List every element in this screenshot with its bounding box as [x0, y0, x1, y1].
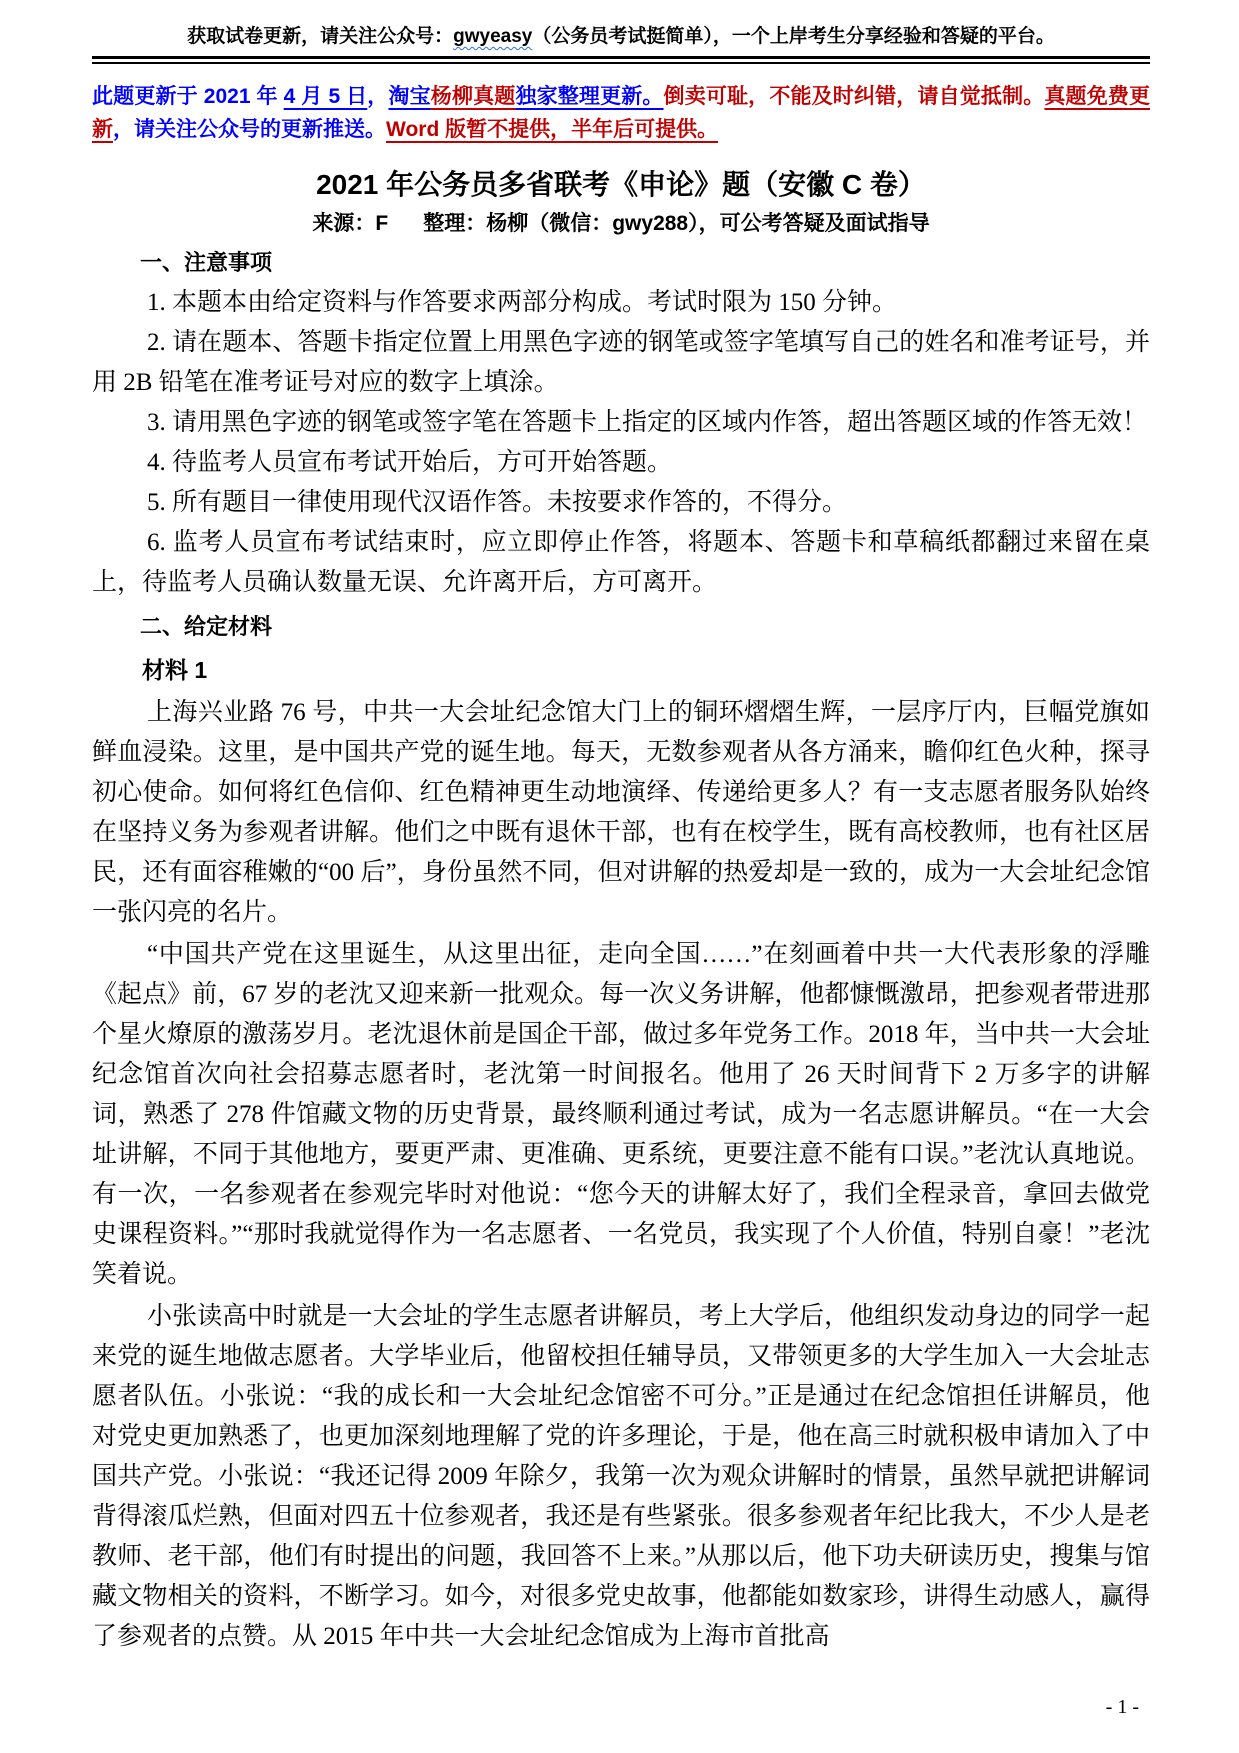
materials-heading: 二、给定材料 [140, 607, 1150, 647]
note-item: 3. 请用黑色字迹的钢笔或签字笔在答题卡上指定的区域内作答，超出答题区域的作答无… [92, 403, 1150, 443]
notice-segment: 4 月 5 日 [284, 85, 368, 108]
material-paragraph: 小张读高中时就是一大会址的学生志愿者讲解员，考上大学后，他组织发动身边的同学一起… [92, 1297, 1150, 1657]
material1-paragraphs: 上海兴业路 76 号，中共一大会址纪念馆大门上的铜环熠熠生辉，一层序厅内，巨幅党… [92, 693, 1150, 1657]
header-rule [92, 56, 1150, 64]
header-text: 获取试卷更新，请关注公众号： [187, 26, 453, 47]
note-item: 1. 本题本由给定资料与作答要求两部分构成。考试时限为 150 分钟。 [92, 283, 1150, 323]
material1-heading: 材料 1 [142, 649, 1150, 691]
page-number: - 1 - [1106, 1696, 1139, 1719]
notice-paragraph: 此题更新于 2021 年 4 月 5 日，淘宝杨柳真题独家整理更新。倒卖可耻，不… [92, 80, 1150, 146]
document-header: 获取试卷更新，请关注公众号：gwyeasy（公务员考试挺简单），一个上岸考生分享… [92, 24, 1150, 50]
note-item: 6. 监考人员宣布考试结束时，应立即停止作答，将题本、答题卡和草稿纸都翻过来留在… [92, 523, 1150, 603]
notice-segment: Word 版暂不提供，半年后可提供。 [386, 118, 718, 141]
notice-segment: 此题更新于 2021 年 [92, 85, 284, 108]
header-text: （公务员考试挺简单），一个上岸考生分享经验和答疑的平台。 [532, 26, 1055, 47]
notice-segment: 独家整理更新。 [515, 85, 663, 108]
notice-segment: 淘宝 [388, 85, 430, 108]
notice-segment: ， [367, 85, 388, 108]
material-paragraph: “中国共产党在这里诞生，从这里出征，走向全国……”在刻画着中共一大代表形象的浮雕… [92, 935, 1150, 1295]
note-item: 2. 请在题本、答题卡指定位置上用黑色字迹的钢笔或签字笔填写自己的姓名和准考证号… [92, 323, 1150, 403]
wechat-handle: gwyeasy [453, 26, 532, 47]
note-item: 4. 待监考人员宣布考试开始后，方可开始答题。 [92, 443, 1150, 483]
note-item: 5. 所有题目一律使用现代汉语作答。未按要求作答的，不得分。 [92, 483, 1150, 523]
notice-segment: 倒卖可耻，不能及时纠错，请自觉抵制。 [664, 85, 1045, 108]
source-line: 来源：F 整理：杨柳（微信：gwy288），可公考答疑及面试指导 [92, 209, 1150, 239]
notes-list: 1. 本题本由给定资料与作答要求两部分构成。考试时限为 150 分钟。2. 请在… [92, 283, 1150, 603]
notice-segment: ，请关注公众号的更新推送。 [113, 118, 386, 141]
notes-heading: 一、注意事项 [140, 243, 1150, 283]
notice-segment: 杨柳真题 [431, 85, 516, 108]
page-title: 2021 年公务员多省联考《申论》题（安徽 C 卷） [92, 167, 1150, 203]
page: 获取试卷更新，请关注公众号：gwyeasy（公务员考试挺简单），一个上岸考生分享… [0, 0, 1239, 1753]
material-paragraph: 上海兴业路 76 号，中共一大会址纪念馆大门上的铜环熠熠生辉，一层序厅内，巨幅党… [92, 693, 1150, 933]
